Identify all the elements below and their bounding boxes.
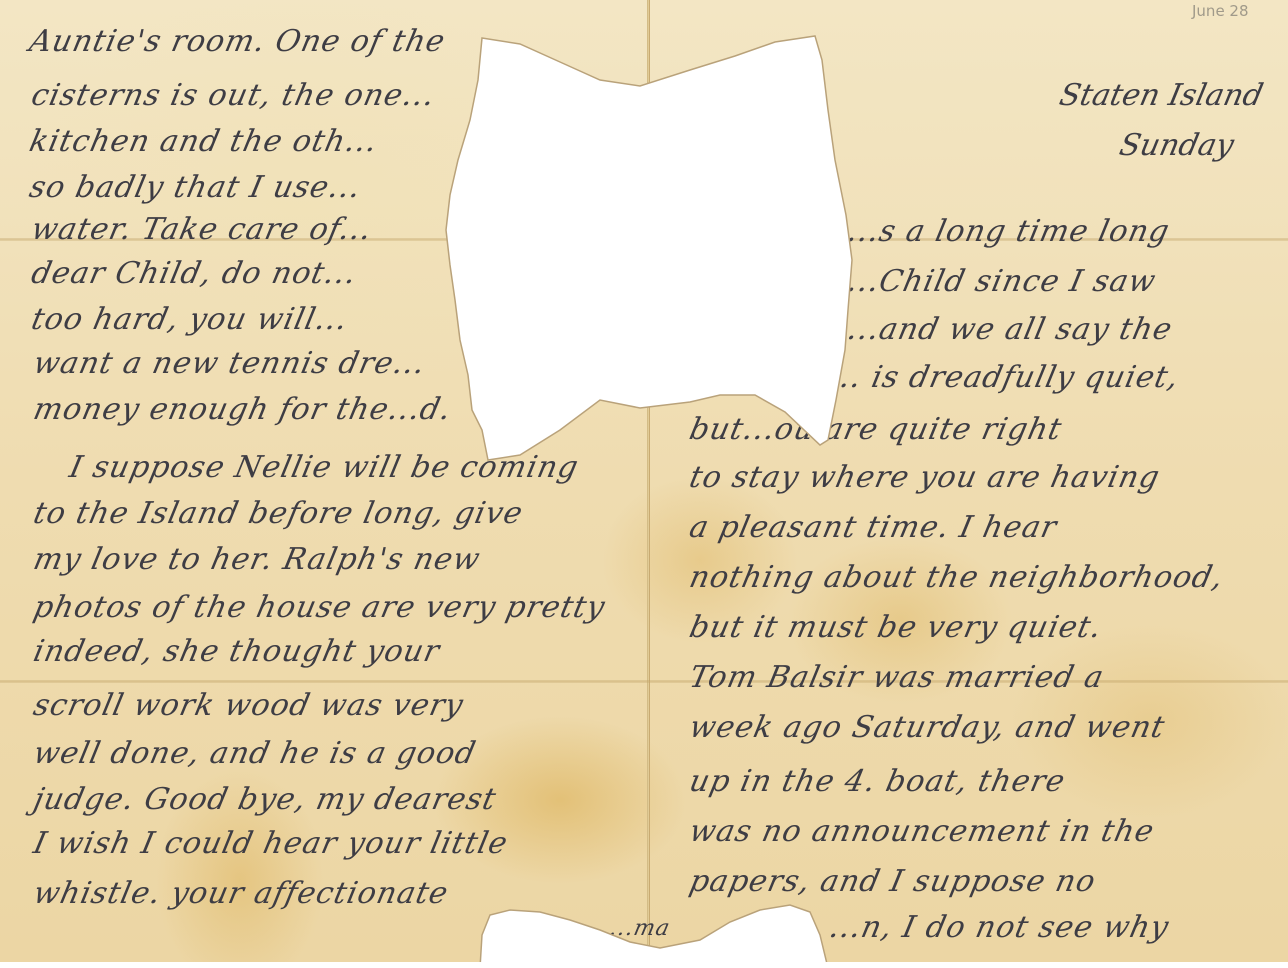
- letter-line: indeed, she thought your: [30, 634, 443, 669]
- letter-line: ...n, I do not see why: [826, 910, 1172, 945]
- letter-line: ...Child since I saw: [844, 264, 1159, 299]
- letter-heading-place: Staten Island: [1056, 78, 1266, 113]
- right-page: Staten Island Sunday ...s a long time lo…: [680, 0, 1280, 962]
- letter-line: want a new tennis dre...: [30, 346, 429, 381]
- letter-line: ...s a long time long: [844, 214, 1173, 249]
- left-page: Auntie's room. One of the cisterns is ou…: [30, 0, 650, 962]
- letter-line: scroll work wood was very: [30, 688, 467, 723]
- letter-line: my love to her. Ralph's new: [30, 542, 483, 577]
- letter-line: ...ma: [607, 916, 672, 941]
- letter-line: too hard, you will...: [28, 302, 351, 337]
- letter-line: water. Take care of...: [28, 212, 375, 247]
- letter-line: photos of the house are very pretty: [30, 590, 608, 625]
- letter-line: so badly that I use...: [26, 170, 364, 205]
- letter-line: to the Island before long, give: [30, 496, 526, 531]
- letter-line: cisterns is out, the one...: [28, 78, 438, 113]
- letter-line: Tom Balsir was married a: [686, 660, 1107, 695]
- letter-line: kitchen and the oth...: [26, 124, 381, 159]
- letter-line: dear Child, do not...: [28, 256, 360, 291]
- letter-line: but...ou are quite right: [686, 412, 1065, 447]
- letter-line: whistle. your affectionate: [30, 876, 452, 911]
- letter-line: week ago Saturday, and went: [686, 710, 1168, 745]
- letter-line: I wish I could hear your little: [30, 826, 511, 861]
- letter-line: was no announcement in the: [686, 814, 1157, 849]
- letter-line: to stay where you are having: [686, 460, 1163, 495]
- letter-line: I suppose Nellie will be coming: [66, 450, 582, 485]
- letter-line: nothing about the neighborhood,: [686, 560, 1227, 595]
- scan-bottom-margin: [0, 962, 1288, 968]
- letter-heading-day: Sunday: [1116, 128, 1237, 163]
- letter-line: ... is dreadfully quiet,: [826, 360, 1182, 395]
- letter-line: money enough for the...d.: [30, 392, 455, 427]
- letter-line: Auntie's room. One of the: [26, 24, 448, 59]
- letter-line: well done, and he is a good: [30, 736, 479, 771]
- letter-line: ...and we all say the: [844, 312, 1175, 347]
- letter-line: up in the 4. boat, there: [686, 764, 1068, 799]
- letter-line: a pleasant time. I hear: [686, 510, 1060, 545]
- letter-line: papers, and I suppose no: [686, 864, 1099, 899]
- letter-line: judge. Good bye, my dearest: [30, 782, 499, 817]
- letter-line: but it must be very quiet.: [686, 610, 1105, 645]
